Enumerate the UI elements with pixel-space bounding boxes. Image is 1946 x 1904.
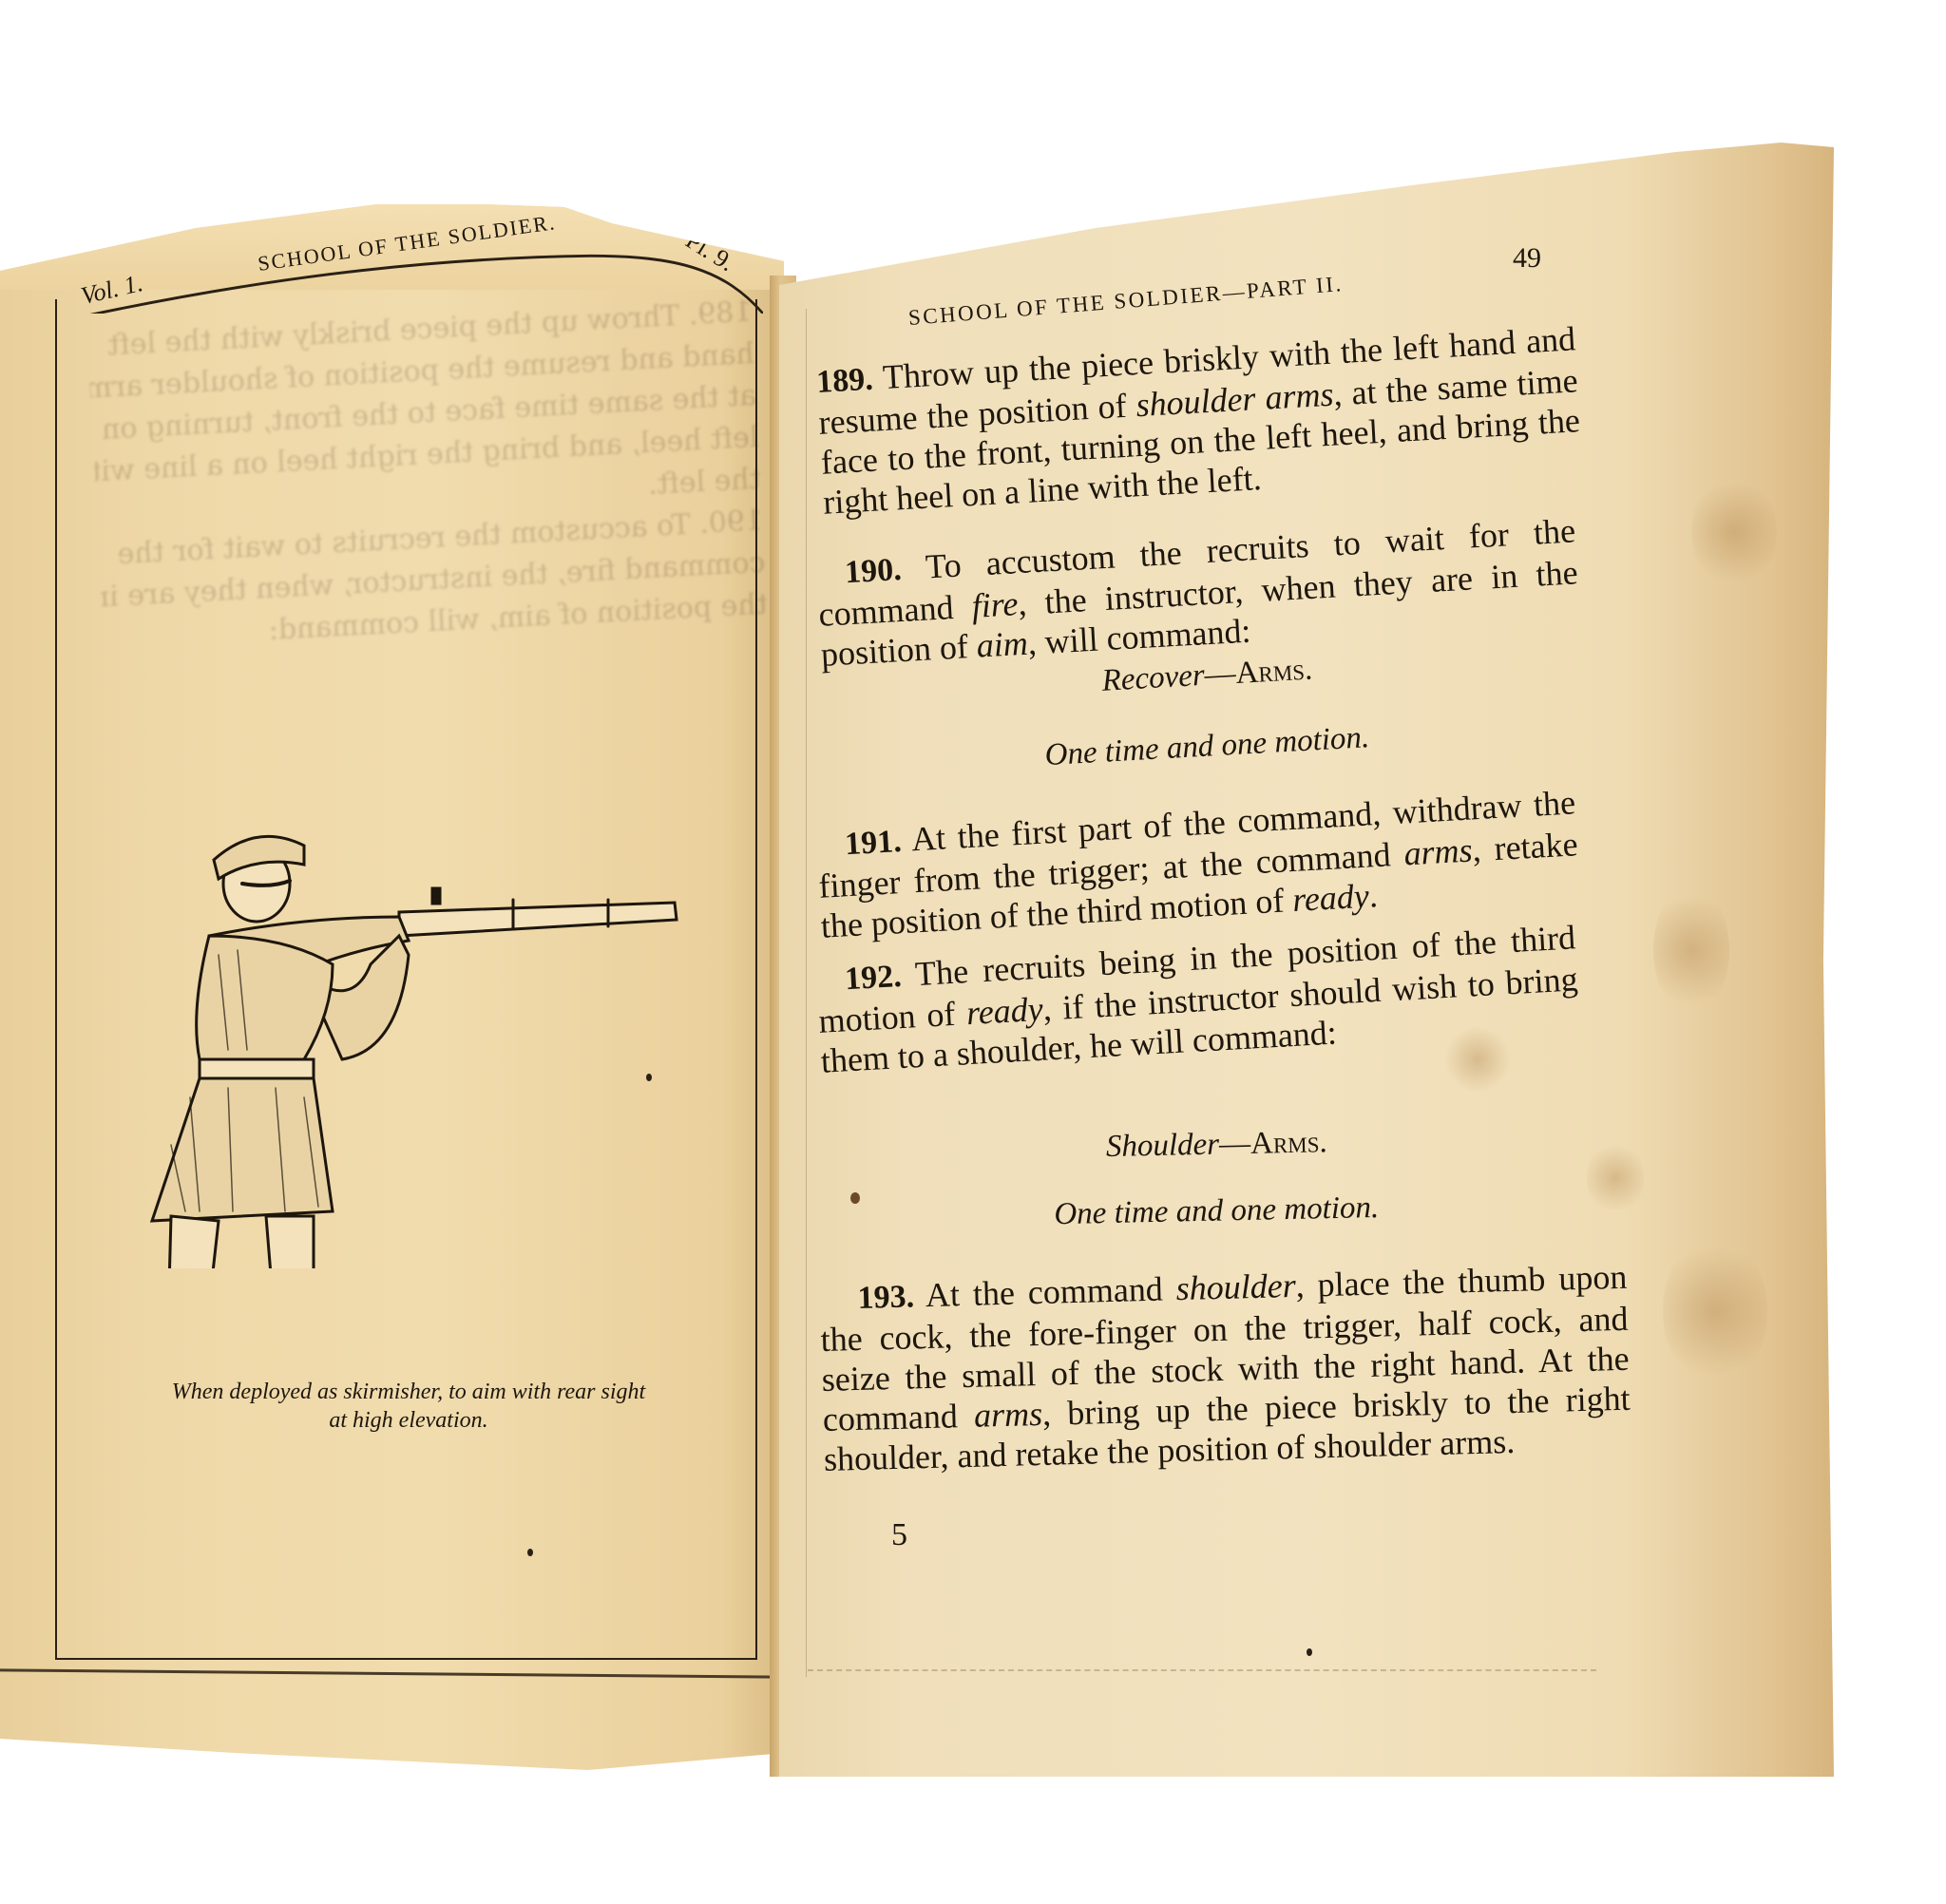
ink-speck (1307, 1648, 1312, 1656)
dash: — (1204, 657, 1237, 693)
paragraph-number: 191. (844, 824, 902, 862)
motion-text: One time and one motion. (1054, 1190, 1380, 1231)
paragraph-number: 192. (844, 959, 902, 997)
para-text: At the command (925, 1269, 1176, 1314)
ink-speck (850, 1192, 860, 1204)
page-number: 49 (1513, 242, 1541, 275)
ink-speck (646, 1074, 652, 1081)
paragraph-number: 189. (815, 362, 873, 400)
command-caps: Arms. (1250, 1125, 1327, 1161)
para-text: . (1368, 876, 1379, 914)
para-emphasis: ready (965, 990, 1044, 1032)
para-emphasis: ready (1291, 877, 1370, 919)
command-word: Recover (1101, 658, 1206, 698)
para-emphasis: shoulder (1175, 1266, 1296, 1307)
dash: — (1219, 1127, 1251, 1162)
right-page-faint-rule (808, 1669, 1596, 1672)
para-emphasis: arms (974, 1395, 1043, 1435)
paragraph-number: 190. (844, 552, 902, 590)
para-emphasis: arms (1402, 830, 1473, 872)
ink-speck (527, 1549, 533, 1556)
paragraph-193: 193. At the command shoulder, place the … (819, 1257, 1631, 1479)
figure-caption: When deployed as skirmisher, to aim with… (57, 1378, 760, 1435)
signature-mark: 5 (891, 1517, 907, 1553)
soldier-aiming-illustration (114, 651, 684, 1268)
bottom-frame-rule (0, 1668, 779, 1678)
command-caps: Arms. (1235, 652, 1314, 690)
command-word: Shoulder (1106, 1128, 1220, 1164)
para-emphasis: aim (976, 624, 1029, 665)
caption-line-1: When deployed as skirmisher, to aim with… (57, 1378, 760, 1406)
left-page: 189. Throw up the piece briskly with the… (0, 204, 784, 1777)
paragraph-number: 193. (857, 1279, 914, 1316)
caption-line-2: at high elevation. (57, 1406, 760, 1435)
para-emphasis: fire (971, 584, 1020, 625)
